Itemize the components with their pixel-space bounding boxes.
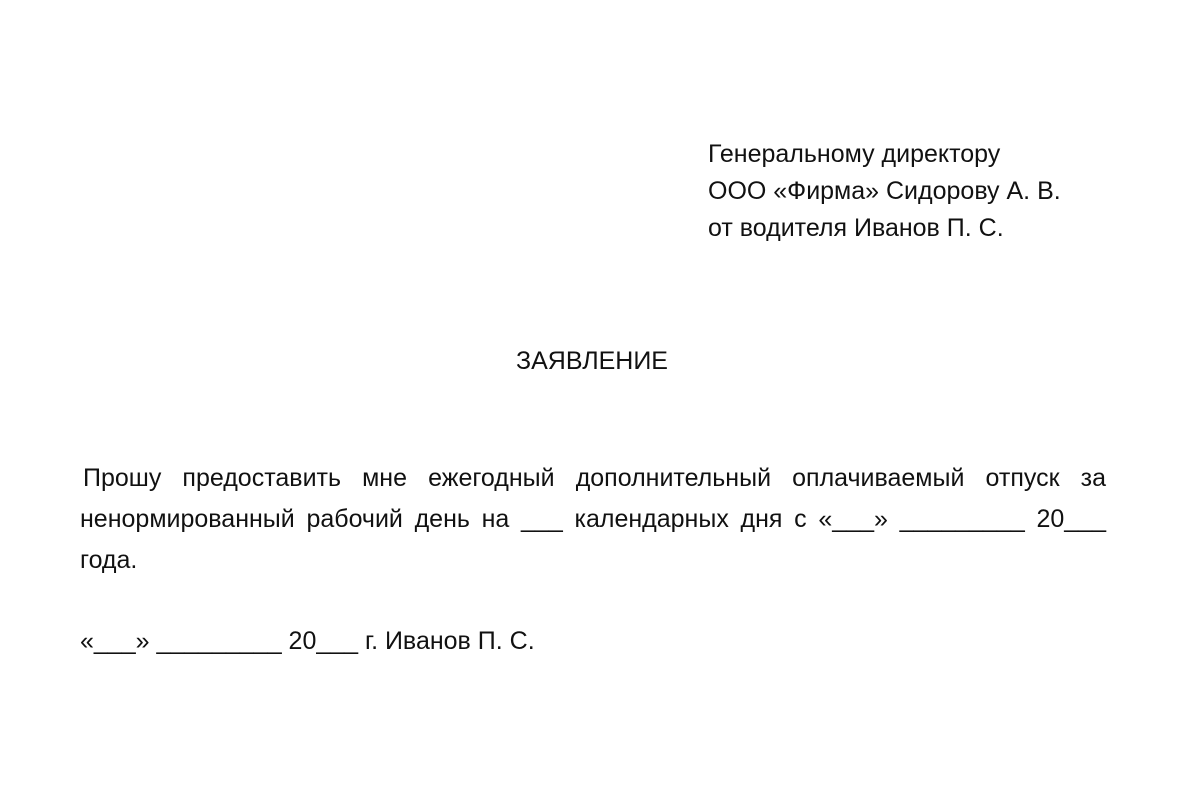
- addressee-company: ООО «Фирма» Сидорову А. В.: [708, 173, 1061, 210]
- addressee-block: Генеральному директору ООО «Фирма» Сидор…: [708, 136, 1061, 247]
- application-body: Прошу предоставить мне ежегодный дополни…: [80, 458, 1106, 581]
- document-title: ЗАЯВЛЕНИЕ: [0, 344, 1184, 378]
- date-signature-line: «___» _________ 20___ г. Иванов П. С.: [80, 624, 535, 658]
- addressee-sender: от водителя Иванов П. С.: [708, 210, 1061, 247]
- addressee-position: Генеральному директору: [708, 136, 1061, 173]
